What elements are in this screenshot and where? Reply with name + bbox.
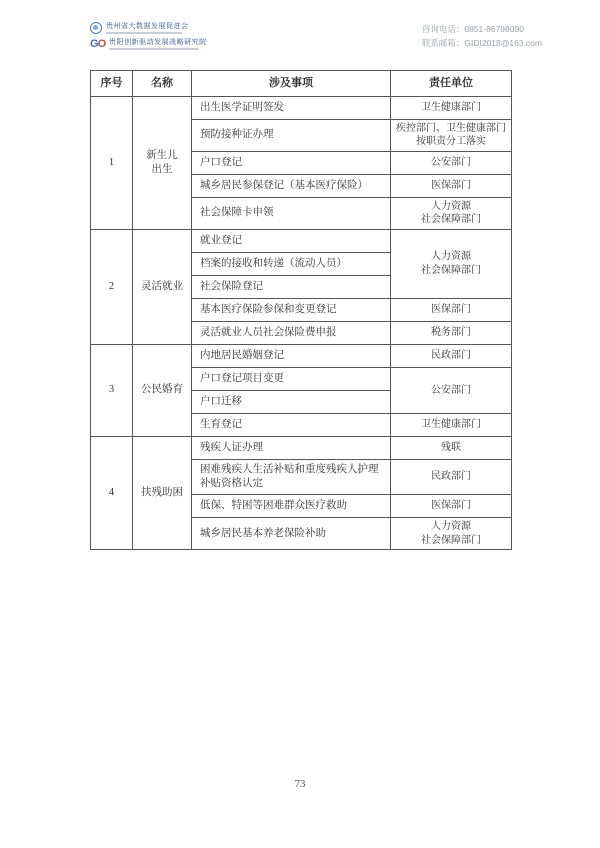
unit-cell: 疾控部门、卫生健康部门 按职责分工落实 (391, 119, 512, 151)
association-emblem-icon (90, 22, 102, 34)
unit-cell: 人力资源 社会保障部门 (391, 197, 512, 229)
category-cell: 扶残助困 (133, 436, 192, 549)
item-cell: 档案的接收和转递（流动人员） (192, 252, 391, 275)
item-cell: 内地居民婚姻登记 (192, 344, 391, 367)
item-cell: 户口迁移 (192, 390, 391, 413)
unit-cell: 税务部门 (391, 321, 512, 344)
association-logo-subtitle-line (106, 32, 182, 34)
unit-cell: 医保部门 (391, 495, 512, 518)
column-header-category: 名称 (133, 71, 192, 97)
institute-go-logo-icon: GO (90, 38, 105, 50)
item-cell: 预防接种证办理 (192, 119, 391, 151)
category-cell: 灵活就业 (133, 229, 192, 344)
serial-cell: 3 (91, 344, 133, 436)
item-cell: 低保、特困等困难群众医疗救助 (192, 495, 391, 518)
page-header: 贵州省大数据发展促进会 GO 贵阳创新驱动发展战略研究院 咨询电话：0851-8… (90, 22, 542, 50)
column-header-serial: 序号 (91, 71, 133, 97)
column-header-unit: 责任单位 (391, 71, 512, 97)
table-row: 1 新生儿 出生 出生医学证明签发 卫生健康部门 (91, 96, 512, 119)
association-logo-row: 贵州省大数据发展促进会 (90, 22, 207, 34)
contact-block: 咨询电话：0851-86798090 联系邮箱：GIDI2018@163.com (422, 22, 542, 50)
item-cell: 就业登记 (192, 229, 391, 252)
item-cell: 社会保险登记 (192, 275, 391, 298)
unit-cell: 公安部门 (391, 151, 512, 174)
item-cell: 城乡居民参保登记（基本医疗保险） (192, 174, 391, 197)
institute-logo-subtitle-line (109, 48, 199, 50)
category-cell: 新生儿 出生 (133, 96, 192, 229)
institute-logo-name: 贵阳创新驱动发展战略研究院 (109, 39, 207, 47)
item-cell: 灵活就业人员社会保险费申报 (192, 321, 391, 344)
serial-cell: 4 (91, 436, 133, 549)
logo-block: 贵州省大数据发展促进会 GO 贵阳创新驱动发展战略研究院 (90, 22, 207, 50)
item-cell: 户口登记项目变更 (192, 367, 391, 390)
unit-cell: 人力资源 社会保障部门 (391, 229, 512, 298)
unit-cell: 民政部门 (391, 459, 512, 494)
serial-cell: 1 (91, 96, 133, 229)
item-cell: 户口登记 (192, 151, 391, 174)
item-cell: 出生医学证明签发 (192, 96, 391, 119)
contact-phone: 咨询电话：0851-86798090 (422, 22, 542, 36)
unit-cell: 医保部门 (391, 174, 512, 197)
item-cell: 困难残疾人生活补贴和重度残疾人护理补贴资格认定 (192, 459, 391, 494)
item-cell: 基本医疗保险参保和变更登记 (192, 298, 391, 321)
association-logo-name: 贵州省大数据发展促进会 (106, 23, 189, 31)
contact-email: 联系邮箱：GIDI2018@163.com (422, 36, 542, 50)
item-cell: 残疾人证办理 (192, 436, 391, 459)
unit-cell: 医保部门 (391, 298, 512, 321)
table-row: 2 灵活就业 就业登记 人力资源 社会保障部门 (91, 229, 512, 252)
table-row: 4 扶残助困 残疾人证办理 残联 (91, 436, 512, 459)
unit-cell: 公安部门 (391, 367, 512, 413)
column-header-item: 涉及事项 (192, 71, 391, 97)
institute-logo-row: GO 贵阳创新驱动发展战略研究院 (90, 38, 207, 50)
item-cell: 生育登记 (192, 413, 391, 436)
table-header-row: 序号 名称 涉及事项 责任单位 (91, 71, 512, 97)
serial-cell: 2 (91, 229, 133, 344)
unit-cell: 卫生健康部门 (391, 96, 512, 119)
unit-cell: 卫生健康部门 (391, 413, 512, 436)
item-cell: 城乡居民基本养老保险补助 (192, 518, 391, 550)
responsibility-table: 序号 名称 涉及事项 责任单位 1 新生儿 出生 出生医学证明签发 卫生健康部门… (90, 70, 512, 550)
unit-cell: 人力资源 社会保障部门 (391, 518, 512, 550)
item-cell: 社会保障卡申领 (192, 197, 391, 229)
table-row: 3 公民婚育 内地居民婚姻登记 民政部门 (91, 344, 512, 367)
category-cell: 公民婚育 (133, 344, 192, 436)
page-number: 73 (0, 778, 600, 790)
unit-cell: 民政部门 (391, 344, 512, 367)
unit-cell: 残联 (391, 436, 512, 459)
